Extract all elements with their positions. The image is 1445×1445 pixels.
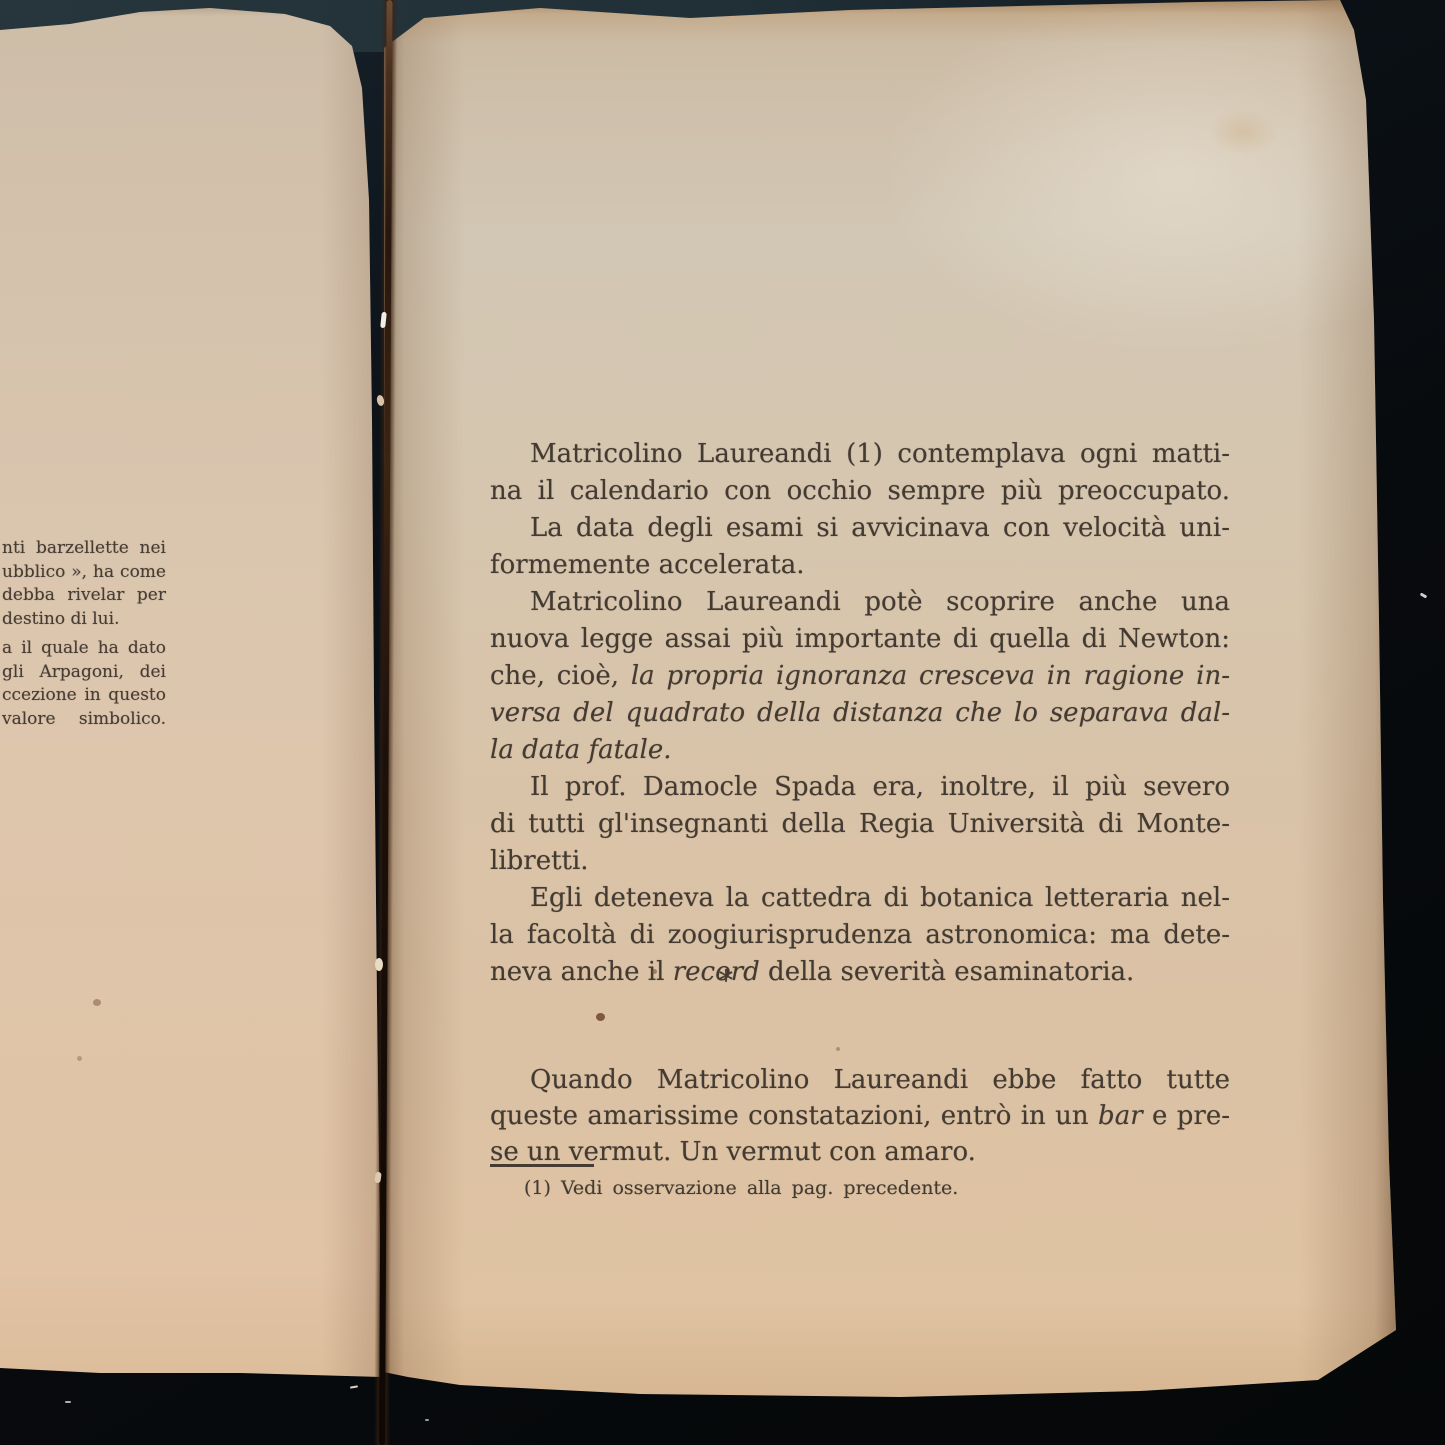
text-segment: ccezione in questo	[2, 685, 166, 705]
text-segment: Il prof. Damocle Spada era, inoltre, il …	[530, 772, 1230, 802]
text-line: gli Arpagoni, dei	[2, 661, 166, 685]
foxing-spot	[93, 999, 101, 1006]
text-segment: na il calendario con occhio sempre più p…	[490, 476, 1230, 506]
text-line: formemente accelerata.	[490, 547, 1230, 584]
dust-speck	[1420, 592, 1428, 598]
binding-thread	[375, 958, 383, 971]
text-line: La data degli esami si avvicinava con ve…	[490, 510, 1230, 547]
text-segment: e pre-	[1143, 1101, 1230, 1131]
text-segment: gli Arpagoni, dei	[2, 662, 166, 682]
text-segment: la facoltà di zoogiurisprudenza astronom…	[490, 920, 1230, 950]
text-segment: Quando Matricolino Laureandi ebbe fatto …	[530, 1065, 1230, 1095]
text-segment: Matricolino Laureandi potè scoprire anch…	[530, 587, 1230, 617]
text-line: Egli deteneva la cattedra di botanica le…	[490, 880, 1230, 917]
text-segment: la propria ignoranza cresceva in ragione…	[631, 661, 1230, 691]
text-line: libretti.	[490, 843, 1230, 880]
text-line: Quando Matricolino Laureandi ebbe fatto …	[490, 1062, 1230, 1098]
text-segment: La data degli esami si avvicinava con ve…	[530, 513, 1230, 543]
section-separator-asterisk: *	[706, 964, 746, 997]
text-line: la facoltà di zoogiurisprudenza astronom…	[490, 917, 1230, 954]
text-segment: che, cioè,	[490, 661, 631, 691]
text-line: che, cioè, la propria ignoranza cresceva…	[490, 658, 1230, 695]
dust-speck	[350, 1385, 358, 1388]
text-segment: debba rivelar per	[2, 585, 166, 605]
text-segment: libretti.	[490, 846, 589, 876]
text-segment: bar	[1098, 1101, 1143, 1131]
left-page: nti barzellette neiubblico », ha comedeb…	[0, 0, 392, 1445]
text-line: ubblico », ha come	[2, 561, 166, 585]
text-line: queste amarissime constatazioni, entrò i…	[490, 1098, 1230, 1134]
text-line: versa del quadrato della distanza che lo…	[490, 695, 1230, 732]
text-line: Matricolino Laureandi (1) contemplava og…	[490, 436, 1230, 473]
text-segment: della severità esaminatoria.	[760, 957, 1135, 987]
right-page: Matricolino Laureandi (1) contemplava og…	[384, 0, 1400, 1445]
open-book-photo: nti barzellette neiubblico », ha comedeb…	[0, 0, 1445, 1445]
text-line: destino di lui.	[2, 608, 166, 632]
dust-speck	[65, 1401, 71, 1403]
text-line: debba rivelar per	[2, 584, 166, 608]
text-segment: di tutti gl'insegnanti della Regia Unive…	[490, 809, 1230, 839]
text-segment: se un vermut. Un vermut con amaro.	[490, 1137, 976, 1167]
text-segment: a il quale ha dato	[2, 638, 166, 658]
text-segment: valore simbolico.	[2, 709, 166, 729]
text-segment: Egli deteneva la cattedra di botanica le…	[530, 883, 1230, 913]
text-segment: nti barzellette nei	[2, 538, 166, 558]
text-line: se un vermut. Un vermut con amaro.	[490, 1134, 1230, 1170]
text-line: nuova legge assai più importante di quel…	[490, 621, 1230, 658]
text-segment: nuova legge assai più importante di quel…	[490, 624, 1230, 654]
text-line: Matricolino Laureandi potè scoprire anch…	[490, 584, 1230, 621]
right-page-bottom-paragraph: Quando Matricolino Laureandi ebbe fatto …	[490, 1062, 1230, 1170]
text-segment: (1) Vedi osservazione alla pag. preceden…	[524, 1177, 958, 1199]
foxing-spot	[652, 969, 657, 974]
text-segment: Matricolino Laureandi (1) contemplava og…	[530, 439, 1230, 469]
text-segment: destino di lui.	[2, 609, 119, 629]
text-line: (1) Vedi osservazione alla pag. preceden…	[524, 1176, 1084, 1200]
left-page-text: nti barzellette neiubblico », ha comedeb…	[0, 537, 166, 731]
footnote-text: (1) Vedi osservazione alla pag. preceden…	[524, 1176, 1084, 1200]
dust-speck	[425, 1419, 429, 1421]
text-segment: ubblico », ha come	[2, 562, 166, 582]
text-segment: queste amarissime constatazioni, entrò i…	[490, 1101, 1098, 1131]
text-line: valore simbolico.	[2, 708, 166, 732]
text-segment: formemente accelerata.	[490, 550, 805, 580]
foxing-spot	[836, 1047, 840, 1051]
text-line: la data fatale.	[490, 732, 1230, 769]
text-segment: la data fatale.	[490, 735, 671, 765]
foxing-spot	[596, 1013, 605, 1021]
right-page-text: Matricolino Laureandi (1) contemplava og…	[490, 436, 1230, 991]
text-line: nti barzellette nei	[2, 537, 166, 561]
paper-stain	[1208, 108, 1278, 156]
text-line: di tutti gl'insegnanti della Regia Unive…	[490, 806, 1230, 843]
text-line: a il quale ha dato	[2, 637, 166, 661]
text-segment: neva anche il	[490, 957, 673, 987]
text-line: Il prof. Damocle Spada era, inoltre, il …	[490, 769, 1230, 806]
text-line: ccezione in questo	[2, 684, 166, 708]
foxing-spot	[77, 1056, 82, 1061]
footnote-rule	[490, 1164, 594, 1167]
text-line: neva anche il record della severità esam…	[490, 954, 1230, 991]
text-line: na il calendario con occhio sempre più p…	[490, 473, 1230, 510]
text-segment: versa del quadrato della distanza che lo…	[490, 698, 1230, 728]
